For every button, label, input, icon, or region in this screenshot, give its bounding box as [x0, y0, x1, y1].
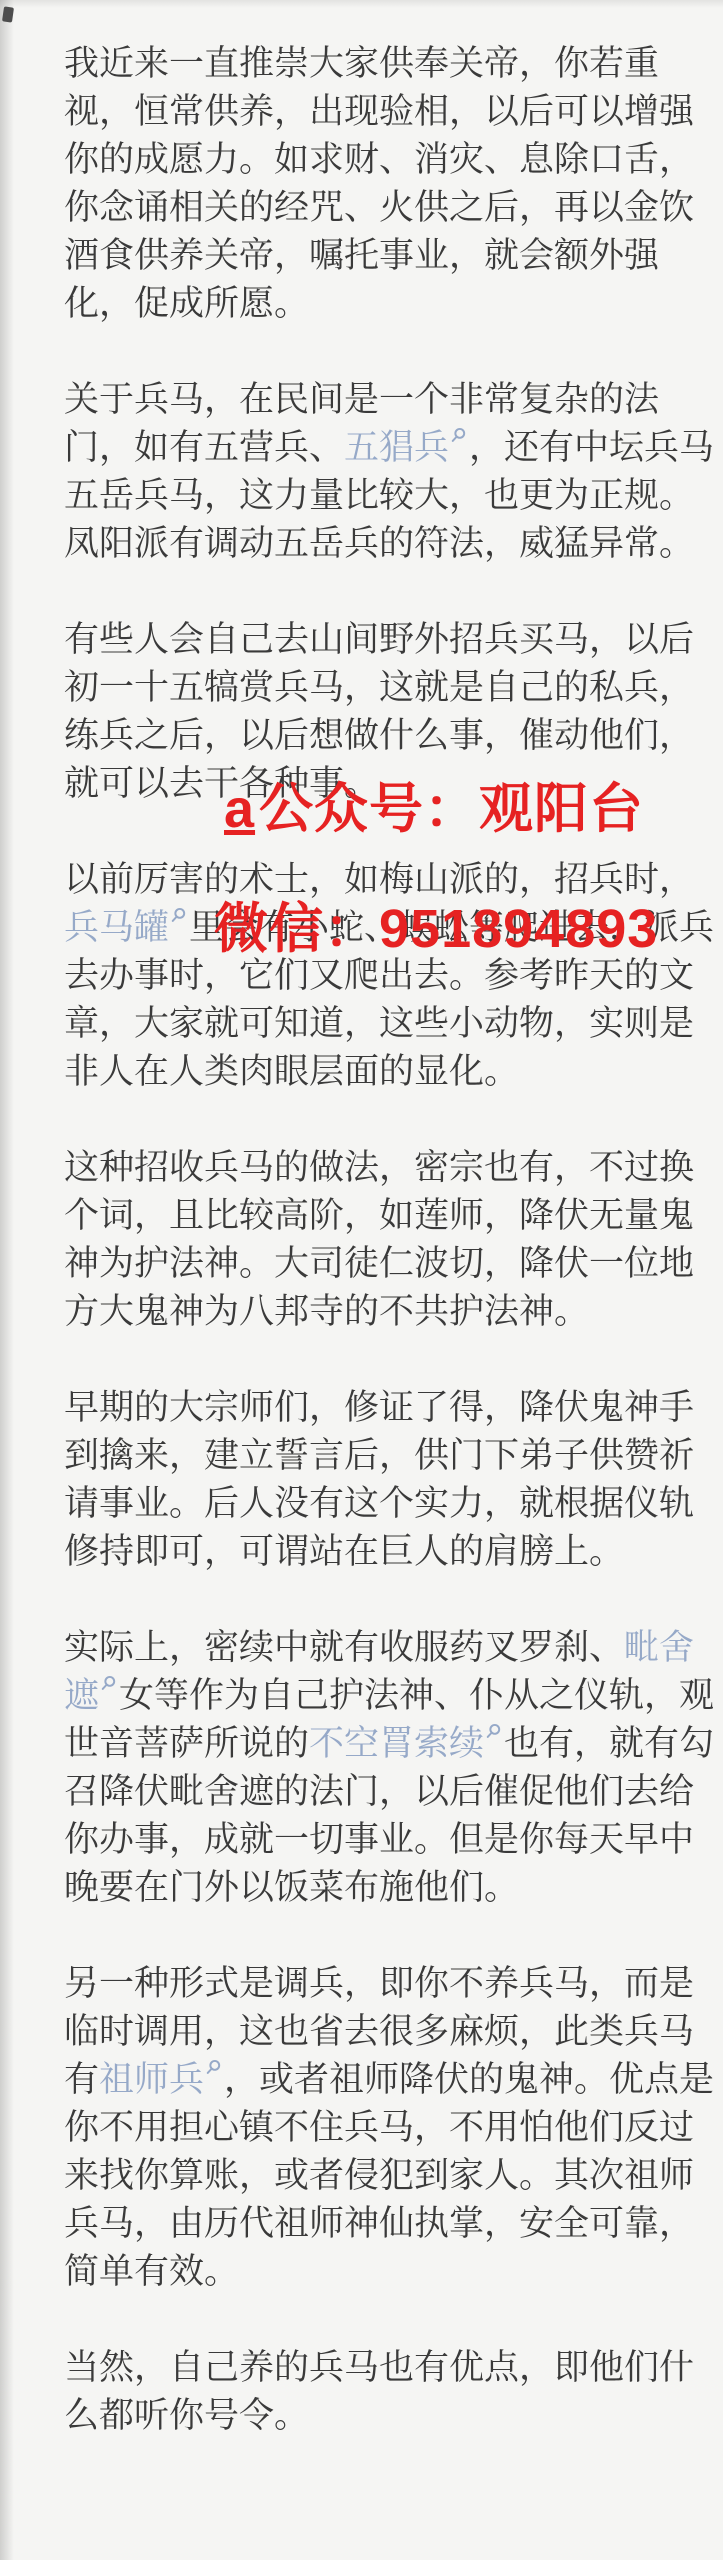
paragraph: 当然，自己养的兵马也有优点，即他们什么都听你号令。 [64, 2344, 684, 2440]
search-icon[interactable] [450, 427, 467, 444]
watermark-wechat-id: 微信：951894893 [214, 886, 658, 963]
text-line: 来找你算账，或者侵犯到家人。其次祖师 [64, 2152, 684, 2200]
text-run: 门，如有五营兵、 [64, 428, 344, 467]
text-run: 你办事，成就一切事业。但是你每天早中 [64, 1820, 694, 1859]
text-run: 这种招收兵马的做法，密宗也有，不过换 [64, 1148, 694, 1187]
search-icon[interactable] [485, 1723, 502, 1740]
text-line: 另一种形式是调兵，即你不养兵马，而是 [64, 1960, 684, 2008]
text-line: 神为护法神。大司徒仁波切，降伏一位地 [64, 1240, 684, 1288]
corner-artifact [2, 6, 14, 22]
text-line: 遮女等作为自己护法神、仆从之仪轨，观 [64, 1672, 684, 1720]
text-line: 个词，且比较高阶，如莲师，降伏无量鬼 [64, 1192, 684, 1240]
text-run: ，还有中坛兵马 [469, 428, 714, 467]
text-run: 练兵之后，以后想做什么事，催动他们， [64, 716, 694, 755]
text-run: 初一十五犒赏兵马，这就是自己的私兵， [64, 668, 694, 707]
text-run: 当然，自己养的兵马也有优点，即他们什 [64, 2348, 694, 2387]
text-run: 视，恒常供养，出现验相，以后可以增强 [64, 92, 694, 131]
search-icon[interactable] [100, 1675, 117, 1692]
top-edge-shading [0, 0, 723, 8]
watermark-wechat-text: 微信：951894893 [214, 899, 658, 959]
text-run: 酒食供养关帝，嘱托事业，就会额外强 [64, 236, 659, 275]
text-line: 我近来一直推崇大家供奉关帝，你若重 [64, 40, 684, 88]
paragraph: 这种招收兵马的做法，密宗也有，不过换个词，且比较高阶，如莲师，降伏无量鬼神为护法… [64, 1144, 684, 1336]
inline-search-link[interactable]: 遮 [64, 1676, 99, 1715]
text-line: 关于兵马，在民间是一个非常复杂的法 [64, 376, 684, 424]
text-run: 召降伏毗舍遮的法门，以后催促他们去给 [64, 1772, 694, 1811]
paragraph: 关于兵马，在民间是一个非常复杂的法门，如有五营兵、五猖兵，还有中坛兵马五岳兵马，… [64, 376, 684, 568]
text-run: 方大鬼神为八邦寺的不共护法神。 [64, 1292, 589, 1331]
text-run: 来找你算账，或者侵犯到家人。其次祖师 [64, 2156, 694, 2195]
text-run: 凤阳派有调动五岳兵的符法，威猛异常。 [64, 524, 694, 563]
text-run: 你不用担心镇不住兵马，不用怕他们反过 [64, 2108, 694, 2147]
text-line: 你办事，成就一切事业。但是你每天早中 [64, 1816, 684, 1864]
text-line: 非人在人类肉眼层面的显化。 [64, 1048, 684, 1096]
text-line: 早期的大宗师们，修证了得，降伏鬼神手 [64, 1384, 684, 1432]
text-line: 方大鬼神为八邦寺的不共护法神。 [64, 1288, 684, 1336]
text-line: 召降伏毗舍遮的法门，以后催促他们去给 [64, 1768, 684, 1816]
text-run: 有 [64, 2060, 99, 2099]
text-line: 修持即可，可谓站在巨人的肩膀上。 [64, 1528, 684, 1576]
left-edge-shading [0, 0, 14, 2560]
article-body: 我近来一直推崇大家供奉关帝，你若重视，恒常供养，出现验相，以后可以增强你的成愿力… [64, 40, 684, 2440]
text-line: 你念诵相关的经咒、火供之后，再以金饮 [64, 184, 684, 232]
text-run: 世音菩萨所说的 [64, 1724, 309, 1763]
text-run: ，或者祖师降伏的鬼神。优点是 [224, 2060, 714, 2099]
text-run: 晚要在门外以饭菜布施他们。 [64, 1868, 519, 1907]
text-line: 章，大家就可知道，这些小动物，实则是 [64, 1000, 684, 1048]
text-line: 到擒来，建立誓言后，供门下弟子供赞祈 [64, 1432, 684, 1480]
text-run: 兵马，由历代祖师神仙执掌，安全可靠， [64, 2204, 694, 2243]
text-run: 早期的大宗师们，修证了得，降伏鬼神手 [64, 1388, 694, 1427]
text-run: 到擒来，建立誓言后，供门下弟子供赞祈 [64, 1436, 694, 1475]
text-line: 这种招收兵马的做法，密宗也有，不过换 [64, 1144, 684, 1192]
text-line: 兵马，由历代祖师神仙执掌，安全可靠， [64, 2200, 684, 2248]
text-line: 你的成愿力。如求财、消灾、息除口舌， [64, 136, 684, 184]
inline-search-link[interactable]: 祖师兵 [99, 2060, 204, 2099]
text-run: 化，促成所愿。 [64, 284, 309, 323]
text-run: 神为护法神。大司徒仁波切，降伏一位地 [64, 1244, 694, 1283]
paragraph: 早期的大宗师们，修证了得，降伏鬼神手到擒来，建立誓言后，供门下弟子供赞祈请事业。… [64, 1384, 684, 1576]
paragraph: 实际上，密续中就有收服药叉罗刹、毗舍遮女等作为自己护法神、仆从之仪轨，观世音菩萨… [64, 1624, 684, 1912]
text-run: 实际上，密续中就有收服药叉罗刹、 [64, 1628, 624, 1667]
watermark-account-text: 公众号：观阳台 [259, 779, 644, 839]
paragraph: 我近来一直推崇大家供奉关帝，你若重视，恒常供养，出现验相，以后可以增强你的成愿力… [64, 40, 684, 328]
text-run: 修持即可，可谓站在巨人的肩膀上。 [64, 1532, 624, 1571]
text-line: 练兵之后，以后想做什么事，催动他们， [64, 712, 684, 760]
inline-search-link[interactable]: 不空罥索续 [309, 1724, 484, 1763]
text-line: 五岳兵马，这力量比较大，也更为正规。 [64, 472, 684, 520]
text-run: 女等作为自己护法神、仆从之仪轨，观 [119, 1676, 714, 1715]
text-run: 个词，且比较高阶，如莲师，降伏无量鬼 [64, 1196, 694, 1235]
text-line: 有些人会自己去山间野外招兵买马，以后 [64, 616, 684, 664]
inline-search-link[interactable]: 兵马罐 [64, 908, 169, 947]
text-run: 你念诵相关的经咒、火供之后，再以金饮 [64, 188, 694, 227]
text-run: 简单有效。 [64, 2252, 239, 2291]
text-run: 临时调用，这也省去很多麻烦，此类兵马 [64, 2012, 694, 2051]
text-line: 有祖师兵，或者祖师降伏的鬼神。优点是 [64, 2056, 684, 2104]
inline-search-link[interactable]: 五猖兵 [344, 428, 449, 467]
search-icon[interactable] [205, 2059, 222, 2076]
text-run: 关于兵马，在民间是一个非常复杂的法 [64, 380, 659, 419]
text-run: 章，大家就可知道，这些小动物，实则是 [64, 1004, 694, 1043]
watermark-public-account: a公众号：观阳台 [224, 766, 644, 843]
text-line: 视，恒常供养，出现验相，以后可以增强 [64, 88, 684, 136]
text-line: 简单有效。 [64, 2248, 684, 2296]
text-line: 当然，自己养的兵马也有优点，即他们什 [64, 2344, 684, 2392]
text-line: 门，如有五营兵、五猖兵，还有中坛兵马 [64, 424, 684, 472]
text-line: 凤阳派有调动五岳兵的符法，威猛异常。 [64, 520, 684, 568]
watermark-a-prefix: a [224, 779, 255, 839]
text-run: 你的成愿力。如求财、消灾、息除口舌， [64, 140, 694, 179]
text-line: 初一十五犒赏兵马，这就是自己的私兵， [64, 664, 684, 712]
text-run: 非人在人类肉眼层面的显化。 [64, 1052, 519, 1091]
text-run: 有些人会自己去山间野外招兵买马，以后 [64, 620, 694, 659]
text-line: 请事业。后人没有这个实力，就根据仪轨 [64, 1480, 684, 1528]
text-line: 临时调用，这也省去很多麻烦，此类兵马 [64, 2008, 684, 2056]
text-line: 酒食供养关帝，嘱托事业，就会额外强 [64, 232, 684, 280]
text-line: 实际上，密续中就有收服药叉罗刹、毗舍 [64, 1624, 684, 1672]
text-line: 化，促成所愿。 [64, 280, 684, 328]
text-run: 另一种形式是调兵，即你不养兵马，而是 [64, 1964, 694, 2003]
search-icon[interactable] [170, 907, 187, 924]
text-run: 也有，就有勾 [504, 1724, 714, 1763]
text-run: 五岳兵马，这力量比较大，也更为正规。 [64, 476, 694, 515]
text-line: 你不用担心镇不住兵马，不用怕他们反过 [64, 2104, 684, 2152]
text-line: 晚要在门外以饭菜布施他们。 [64, 1864, 684, 1912]
inline-search-link[interactable]: 毗舍 [624, 1628, 694, 1667]
text-run: 么都听你号令。 [64, 2396, 309, 2435]
text-line: 么都听你号令。 [64, 2392, 684, 2440]
text-run: 请事业。后人没有这个实力，就根据仪轨 [64, 1484, 694, 1523]
paragraph: 另一种形式是调兵，即你不养兵马，而是临时调用，这也省去很多麻烦，此类兵马有祖师兵… [64, 1960, 684, 2296]
text-line: 世音菩萨所说的不空罥索续也有，就有勾 [64, 1720, 684, 1768]
text-run: 我近来一直推崇大家供奉关帝，你若重 [64, 44, 659, 83]
